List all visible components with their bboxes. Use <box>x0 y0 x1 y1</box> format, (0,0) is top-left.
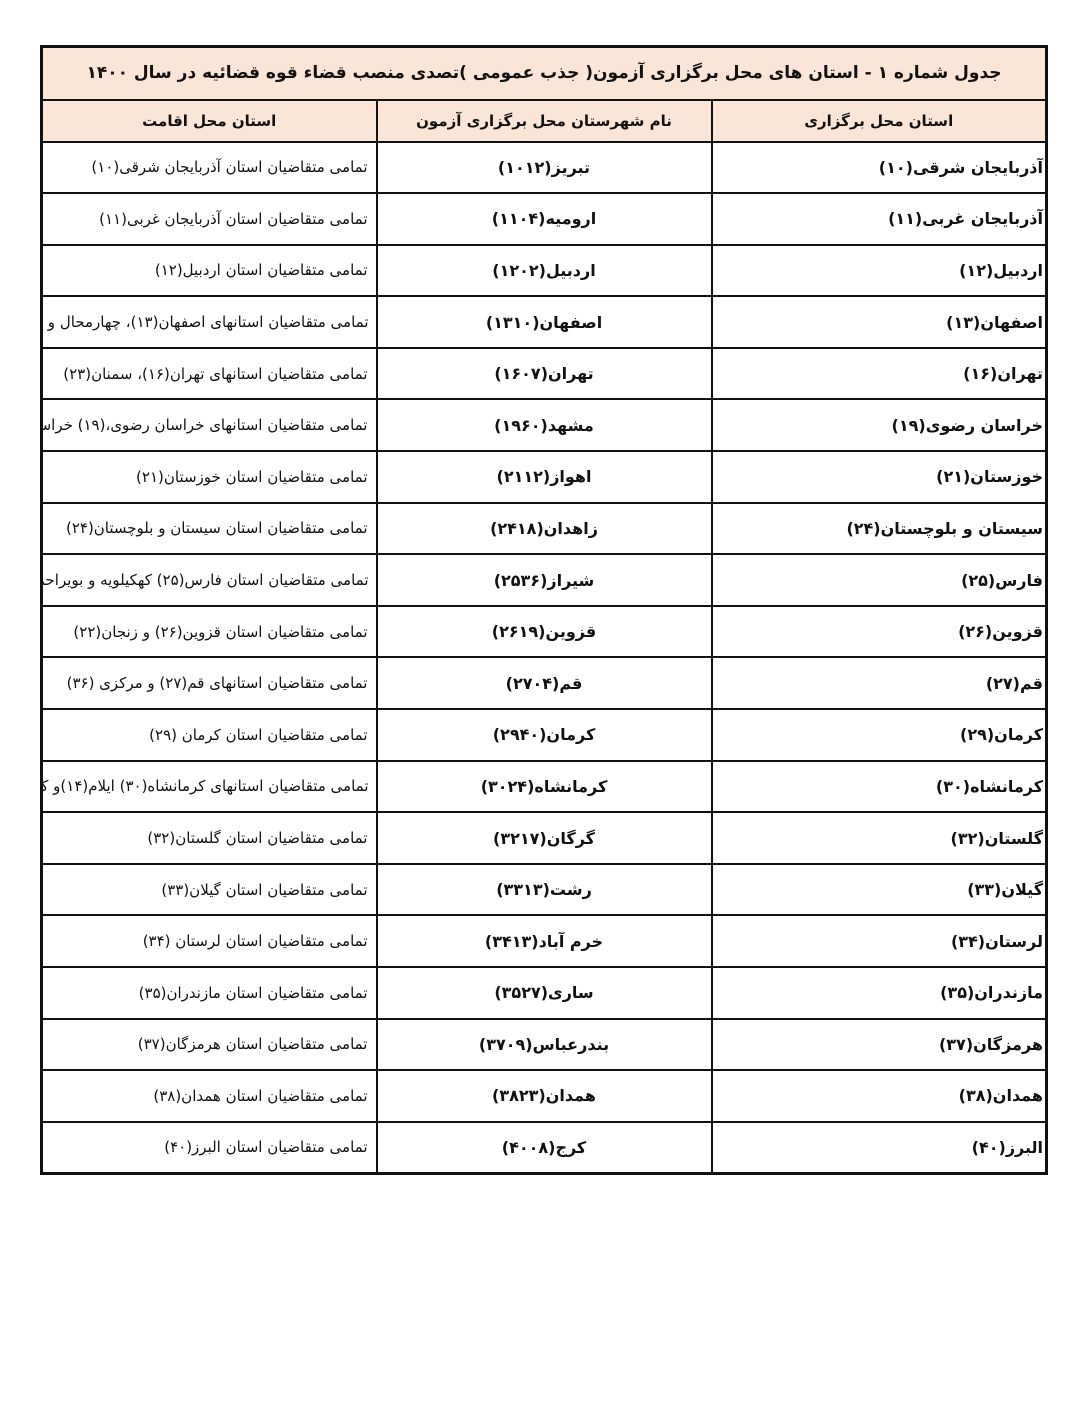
city-cell: کرمانشاه(۳۰۲۴) <box>377 761 712 813</box>
city-cell: زاهدان(۲۴۱۸) <box>377 503 712 555</box>
residence-cell: تمامی متقاضیان استان گیلان(۳۳) <box>42 864 377 916</box>
table-body: آذربایجان شرقی(۱۰) تبریز(۱۰۱۲) تمامی متق… <box>42 142 1047 1174</box>
table-row: مازندران(۳۵) ساری(۳۵۲۷) تمامی متقاضیان ا… <box>42 967 1047 1019</box>
city-cell: تهران(۱۶۰۷) <box>377 348 712 400</box>
table-row: لرستان(۳۴) خرم آباد(۳۴۱۳) تمامی متقاضیان… <box>42 915 1047 967</box>
province-cell: گلستان(۳۲) <box>712 812 1047 864</box>
province-cell: فارس(۲۵) <box>712 554 1047 606</box>
province-cell: کرمانشاه(۳۰) <box>712 761 1047 813</box>
province-cell: خراسان رضوی(۱۹) <box>712 399 1047 451</box>
residence-cell: تمامی متقاضیان استانهای خراسان رضوی،(۱۹)… <box>42 399 377 451</box>
table-row: البرز(۴۰) کرج(۴۰۰۸) تمامی متقاضیان استان… <box>42 1122 1047 1174</box>
province-cell: اردبیل(۱۲) <box>712 245 1047 297</box>
column-header-city: نام شهرستان محل برگزاری آزمون <box>377 100 712 142</box>
province-cell: البرز(۴۰) <box>712 1122 1047 1174</box>
residence-cell: تمامی متقاضیان استان لرستان (۳۴) <box>42 915 377 967</box>
city-cell: مشهد(۱۹۶۰) <box>377 399 712 451</box>
province-cell: اصفهان(۱۳) <box>712 296 1047 348</box>
table-row: آذربایجان غربی(۱۱) ارومیه(۱۱۰۴) تمامی مت… <box>42 193 1047 245</box>
city-cell: بندرعباس(۳۷۰۹) <box>377 1019 712 1071</box>
table-row: گلستان(۳۲) گرگان(۳۲۱۷) تمامی متقاضیان اس… <box>42 812 1047 864</box>
table-row: اصفهان(۱۳) اصفهان(۱۳۱۰) تمامی متقاضیان ا… <box>42 296 1047 348</box>
city-cell: کرج(۴۰۰۸) <box>377 1122 712 1174</box>
table-title-row: جدول شماره ۱ - استان های محل برگزاری آزم… <box>42 47 1047 100</box>
table-row: هرمزگان(۳۷) بندرعباس(۳۷۰۹) تمامی متقاضیا… <box>42 1019 1047 1071</box>
city-cell: گرگان(۳۲۱۷) <box>377 812 712 864</box>
city-cell: اهواز(۲۱۱۲) <box>377 451 712 503</box>
city-cell: رشت(۳۳۱۳) <box>377 864 712 916</box>
province-cell: خوزستان(۲۱) <box>712 451 1047 503</box>
city-cell: خرم آباد(۳۴۱۳) <box>377 915 712 967</box>
city-cell: تبریز(۱۰۱۲) <box>377 142 712 194</box>
table-row: گیلان(۳۳) رشت(۳۳۱۳) تمامی متقاضیان استان… <box>42 864 1047 916</box>
residence-cell: تمامی متقاضیان استان گلستان(۳۲) <box>42 812 377 864</box>
table-row: اردبیل(۱۲) اردبیل(۱۲۰۲) تمامی متقاضیان ا… <box>42 245 1047 297</box>
residence-cell: تمامی متقاضیان استانهای قم(۲۷) و مرکزی (… <box>42 657 377 709</box>
city-cell: شیراز(۲۵۳۶) <box>377 554 712 606</box>
residence-cell: تمامی متقاضیان استان البرز(۴۰) <box>42 1122 377 1174</box>
residence-cell: تمامی متقاضیان استان آذربایجان غربی(۱۱) <box>42 193 377 245</box>
province-cell: مازندران(۳۵) <box>712 967 1047 1019</box>
table-title: جدول شماره ۱ - استان های محل برگزاری آزم… <box>42 47 1047 100</box>
table-row: خراسان رضوی(۱۹) مشهد(۱۹۶۰) تمامی متقاضیا… <box>42 399 1047 451</box>
residence-cell: تمامی متقاضیان استان خوزستان(۲۱) <box>42 451 377 503</box>
residence-cell: تمامی متقاضیان استانهای تهران(۱۶)، سمنان… <box>42 348 377 400</box>
table-row: کرمانشاه(۳۰) کرمانشاه(۳۰۲۴) تمامی متقاضی… <box>42 761 1047 813</box>
residence-cell: تمامی متقاضیان استانهای کرمانشاه(۳۰) ایل… <box>42 761 377 813</box>
document-page: جدول شماره ۱ - استان های محل برگزاری آزم… <box>0 0 1088 1408</box>
province-cell: قم(۲۷) <box>712 657 1047 709</box>
table-header-row: استان محل برگزاری نام شهرستان محل برگزار… <box>42 100 1047 142</box>
province-cell: هرمزگان(۳۷) <box>712 1019 1047 1071</box>
table-row: سیستان و بلوچستان(۲۴) زاهدان(۲۴۱۸) تمامی… <box>42 503 1047 555</box>
table-row: تهران(۱۶) تهران(۱۶۰۷) تمامی متقاضیان است… <box>42 348 1047 400</box>
column-header-province: استان محل برگزاری <box>712 100 1047 142</box>
residence-cell: تمامی متقاضیان استان همدان(۳۸) <box>42 1070 377 1122</box>
residence-cell: تمامی متقاضیان استان اردبیل(۱۲) <box>42 245 377 297</box>
table-row: قم(۲۷) قم(۲۷۰۴) تمامی متقاضیان استانهای … <box>42 657 1047 709</box>
residence-cell: تمامی متقاضیان استان قزوین(۲۶) و زنجان(۲… <box>42 606 377 658</box>
residence-cell: تمامی متقاضیان استان سیستان و بلوچستان(۲… <box>42 503 377 555</box>
table-row: کرمان(۲۹) کرمان(۲۹۴۰) تمامی متقاضیان است… <box>42 709 1047 761</box>
province-cell: آذربایجان غربی(۱۱) <box>712 193 1047 245</box>
province-cell: گیلان(۳۳) <box>712 864 1047 916</box>
residence-cell: تمامی متقاضیان استان هرمزگان(۳۷) <box>42 1019 377 1071</box>
province-cell: قزوین(۲۶) <box>712 606 1047 658</box>
city-cell: قزوین(۲۶۱۹) <box>377 606 712 658</box>
city-cell: ساری(۳۵۲۷) <box>377 967 712 1019</box>
residence-cell: تمامی متقاضیان استان فارس(۲۵) کهکیلویه و… <box>42 554 377 606</box>
province-cell: تهران(۱۶) <box>712 348 1047 400</box>
table-row: خوزستان(۲۱) اهواز(۲۱۱۲) تمامی متقاضیان ا… <box>42 451 1047 503</box>
table-row: آذربایجان شرقی(۱۰) تبریز(۱۰۱۲) تمامی متق… <box>42 142 1047 194</box>
city-cell: قم(۲۷۰۴) <box>377 657 712 709</box>
province-cell: سیستان و بلوچستان(۲۴) <box>712 503 1047 555</box>
city-cell: کرمان(۲۹۴۰) <box>377 709 712 761</box>
province-cell: آذربایجان شرقی(۱۰) <box>712 142 1047 194</box>
city-cell: همدان(۳۸۲۳) <box>377 1070 712 1122</box>
province-cell: کرمان(۲۹) <box>712 709 1047 761</box>
province-cell: همدان(۳۸) <box>712 1070 1047 1122</box>
column-header-residence: استان محل اقامت <box>42 100 377 142</box>
residence-cell: تمامی متقاضیان استان مازندران(۳۵) <box>42 967 377 1019</box>
residence-cell: تمامی متقاضیان استانهای اصفهان(۱۳)، چهار… <box>42 296 377 348</box>
exam-locations-table: جدول شماره ۱ - استان های محل برگزاری آزم… <box>40 45 1048 1175</box>
residence-cell: تمامی متقاضیان استان آذربایجان شرقی(۱۰) <box>42 142 377 194</box>
city-cell: ارومیه(۱۱۰۴) <box>377 193 712 245</box>
table-row: قزوین(۲۶) قزوین(۲۶۱۹) تمامی متقاضیان است… <box>42 606 1047 658</box>
table-row: فارس(۲۵) شیراز(۲۵۳۶) تمامی متقاضیان استا… <box>42 554 1047 606</box>
table-row: همدان(۳۸) همدان(۳۸۲۳) تمامی متقاضیان است… <box>42 1070 1047 1122</box>
city-cell: اصفهان(۱۳۱۰) <box>377 296 712 348</box>
residence-cell: تمامی متقاضیان استان کرمان (۲۹) <box>42 709 377 761</box>
province-cell: لرستان(۳۴) <box>712 915 1047 967</box>
city-cell: اردبیل(۱۲۰۲) <box>377 245 712 297</box>
